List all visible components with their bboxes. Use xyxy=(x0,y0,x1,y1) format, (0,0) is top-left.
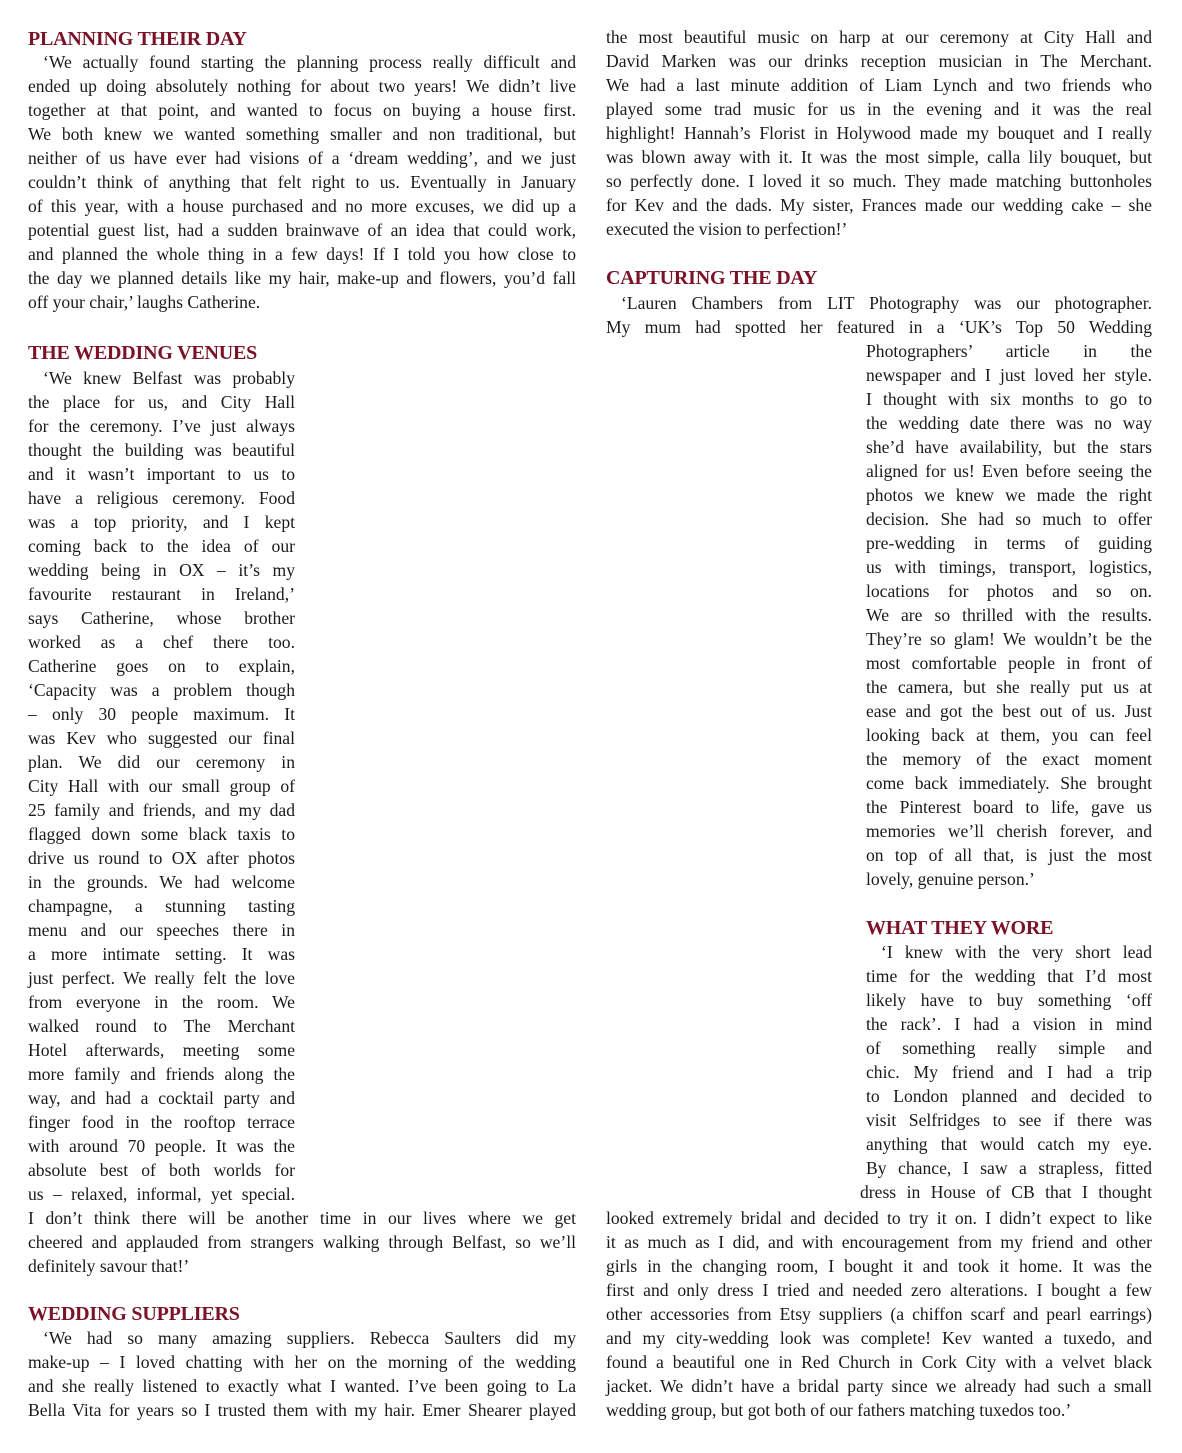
body-text-line: anything that would catch my eye. xyxy=(866,1132,1152,1156)
body-text-line: it as much as I did, and with encouragem… xyxy=(606,1230,1152,1254)
body-text-line: – only 30 people maximum. It xyxy=(28,702,295,726)
body-text-line: says Catherine, whose brother xyxy=(28,606,295,630)
body-text-line: lovely, genuine person.’ xyxy=(866,867,1152,891)
body-text-line: ‘We had so many amazing suppliers. Rebec… xyxy=(43,1326,576,1350)
body-text-line: dress in House of CB that I thought xyxy=(860,1180,1152,1204)
body-text-line: drive us round to OX after photos xyxy=(28,846,295,870)
body-text-line: ‘I knew with the very short lead xyxy=(881,940,1152,964)
body-text-line: and my city-wedding look was complete! K… xyxy=(606,1326,1152,1350)
body-text-line: first and only dress I tried and needed … xyxy=(606,1278,1152,1302)
body-text-line: on top of all that, is just the most xyxy=(866,843,1152,867)
body-text-line: most comfortable people in front of xyxy=(866,651,1152,675)
body-text-line: for the ceremony. I’ve just always xyxy=(28,414,295,438)
body-text-line: My mum had spotted her featured in a ‘UK… xyxy=(606,315,1152,339)
body-text-line: of this year, with a house purchased and… xyxy=(28,194,576,218)
body-text-line: By chance, I saw a strapless, fitted xyxy=(866,1156,1152,1180)
body-text-line: I don’t think there will be another time… xyxy=(28,1206,576,1230)
body-text-line: plan. We did our ceremony in xyxy=(28,750,295,774)
body-text-line: favourite restaurant in Ireland,’ xyxy=(28,582,295,606)
body-text-line: ease and got the best out of us. Just xyxy=(866,699,1152,723)
body-text-line: come back immediately. She brought xyxy=(866,771,1152,795)
body-text-line: was blown away with it. It was the most … xyxy=(606,145,1152,169)
section-heading: WHAT THEY WORE xyxy=(866,916,1053,940)
body-text-line: We are so thrilled with the results. xyxy=(866,603,1152,627)
body-text-line: she’d have availability, but the stars xyxy=(866,435,1152,459)
body-text-line: menu and our speeches there in xyxy=(28,918,295,942)
body-text-line: ‘We knew Belfast was probably xyxy=(43,366,295,390)
body-text-line: likely have to buy something ‘off xyxy=(866,988,1152,1012)
body-text-line: ‘Capacity was a problem though xyxy=(28,678,295,702)
body-text-line: found a beautiful one in Red Church in C… xyxy=(606,1350,1152,1374)
body-text-line: the rack’. I had a vision in mind xyxy=(866,1012,1152,1036)
body-text-line: Catherine goes on to explain, xyxy=(28,654,295,678)
body-text-line: and it wasn’t important to us to xyxy=(28,462,295,486)
body-text-line: the wedding date there was no way xyxy=(866,411,1152,435)
body-text-line: a more intimate setting. It was xyxy=(28,942,295,966)
body-text-line: the place for us, and City Hall xyxy=(28,390,295,414)
body-text-line: for Kev and the dads. My sister, Frances… xyxy=(606,193,1152,217)
body-text-line: thought the building was beautiful xyxy=(28,438,295,462)
body-text-line: with around 70 people. It was the xyxy=(28,1134,295,1158)
body-text-line: ‘Lauren Chambers from LIT Photography wa… xyxy=(621,291,1152,315)
body-text-line: and planned the whole thing in a few day… xyxy=(28,242,576,266)
body-text-line: neither of us have ever had visions of a… xyxy=(28,146,576,170)
body-text-line: memories we’ll cherish forever, and xyxy=(866,819,1152,843)
section-heading: WEDDING SUPPLIERS xyxy=(28,1302,240,1326)
body-text-line: was Kev who suggested our final xyxy=(28,726,295,750)
body-text-line: absolute best of both worlds for xyxy=(28,1158,295,1182)
body-text-line: together at that point, and wanted to fo… xyxy=(28,98,576,122)
body-text-line: and she really listened to exactly what … xyxy=(28,1374,576,1398)
body-text-line: the most beautiful music on harp at our … xyxy=(606,25,1152,49)
body-text-line: ‘We actually found starting the planning… xyxy=(43,50,576,74)
body-text-line: way, and had a cocktail party and xyxy=(28,1086,295,1110)
body-text-line: us – relaxed, informal, yet special. xyxy=(28,1182,295,1206)
body-text-line: I thought with six months to go to xyxy=(866,387,1152,411)
body-text-line: photos we knew we made the right xyxy=(866,483,1152,507)
body-text-line: us with timings, transport, logistics, xyxy=(866,555,1152,579)
body-text-line: potential guest list, had a sudden brain… xyxy=(28,218,576,242)
body-text-line: 25 family and friends, and my dad xyxy=(28,798,295,822)
body-text-line: off your chair,’ laughs Catherine. xyxy=(28,290,576,314)
body-text-line: played some trad music for us in the eve… xyxy=(606,97,1152,121)
body-text-line: girls in the changing room, I bought it … xyxy=(606,1254,1152,1278)
body-text-line: champagne, a stunning tasting xyxy=(28,894,295,918)
body-text-line: David Marken was our drinks reception mu… xyxy=(606,49,1152,73)
body-text-line: was a top priority, and I kept xyxy=(28,510,295,534)
body-text-line: jacket. We didn’t have a bridal party si… xyxy=(606,1374,1152,1398)
body-text-line: locations for photos and so on. xyxy=(866,579,1152,603)
body-text-line: worked as a chef there too. xyxy=(28,630,295,654)
body-text-line: so perfectly done. I loved it so much. T… xyxy=(606,169,1152,193)
body-text-line: other accessories from Etsy suppliers (a… xyxy=(606,1302,1152,1326)
body-text-line: decision. She had so much to offer xyxy=(866,507,1152,531)
body-text-line: finger food in the rooftop terrace xyxy=(28,1110,295,1134)
section-heading: THE WEDDING VENUES xyxy=(28,341,257,365)
body-text-line: looked extremely bridal and decided to t… xyxy=(606,1206,1152,1230)
body-text-line: They’re so glam! We wouldn’t be the xyxy=(866,627,1152,651)
body-text-line: Photographers’ article in the xyxy=(866,339,1152,363)
body-text-line: couldn’t think of anything that felt rig… xyxy=(28,170,576,194)
body-text-line: definitely savour that!’ xyxy=(28,1254,576,1278)
body-text-line: time for the wedding that I’d most xyxy=(866,964,1152,988)
body-text-line: We both knew we wanted something smaller… xyxy=(28,122,576,146)
body-text-line: just perfect. We really felt the love xyxy=(28,966,295,990)
body-text-line: City Hall with our small group of xyxy=(28,774,295,798)
body-text-line: the day we planned details like my hair,… xyxy=(28,266,576,290)
body-text-line: wedding being in OX – it’s my xyxy=(28,558,295,582)
body-text-line: Bella Vita for years so I trusted them w… xyxy=(28,1398,576,1422)
body-text-line: chic. My friend and I had a trip xyxy=(866,1060,1152,1084)
body-text-line: more family and friends along the xyxy=(28,1062,295,1086)
body-text-line: wedding group, but got both of our fathe… xyxy=(606,1398,1152,1422)
body-text-line: the memory of the exact moment xyxy=(866,747,1152,771)
body-text-line: to London planned and decided to xyxy=(866,1084,1152,1108)
body-text-line: make-up – I loved chatting with her on t… xyxy=(28,1350,576,1374)
section-heading: CAPTURING THE DAY xyxy=(606,266,817,290)
body-text-line: coming back to the idea of our xyxy=(28,534,295,558)
body-text-line: of something really simple and xyxy=(866,1036,1152,1060)
body-text-line: pre-wedding in terms of guiding xyxy=(866,531,1152,555)
body-text-line: ended up doing absolutely nothing for ab… xyxy=(28,74,576,98)
body-text-line: the Pinterest board to life, gave us xyxy=(866,795,1152,819)
body-text-line: highlight! Hannah’s Florist in Holywood … xyxy=(606,121,1152,145)
body-text-line: have a religious ceremony. Food xyxy=(28,486,295,510)
section-heading: PLANNING THEIR DAY xyxy=(28,27,247,51)
body-text-line: Hotel afterwards, meeting some xyxy=(28,1038,295,1062)
body-text-line: the camera, but she really put us at xyxy=(866,675,1152,699)
body-text-line: flagged down some black taxis to xyxy=(28,822,295,846)
body-text-line: walked round to The Merchant xyxy=(28,1014,295,1038)
body-text-line: aligned for us! Even before seeing the xyxy=(866,459,1152,483)
body-text-line: executed the vision to perfection!’ xyxy=(606,217,1152,241)
body-text-line: cheered and applauded from strangers wal… xyxy=(28,1230,576,1254)
body-text-line: from everyone in the room. We xyxy=(28,990,295,1014)
body-text-line: newspaper and I just loved her style. xyxy=(866,363,1152,387)
body-text-line: looking back at them, you can feel xyxy=(866,723,1152,747)
body-text-line: visit Selfridges to see if there was xyxy=(866,1108,1152,1132)
body-text-line: in the grounds. We had welcome xyxy=(28,870,295,894)
body-text-line: We had a last minute addition of Liam Ly… xyxy=(606,73,1152,97)
